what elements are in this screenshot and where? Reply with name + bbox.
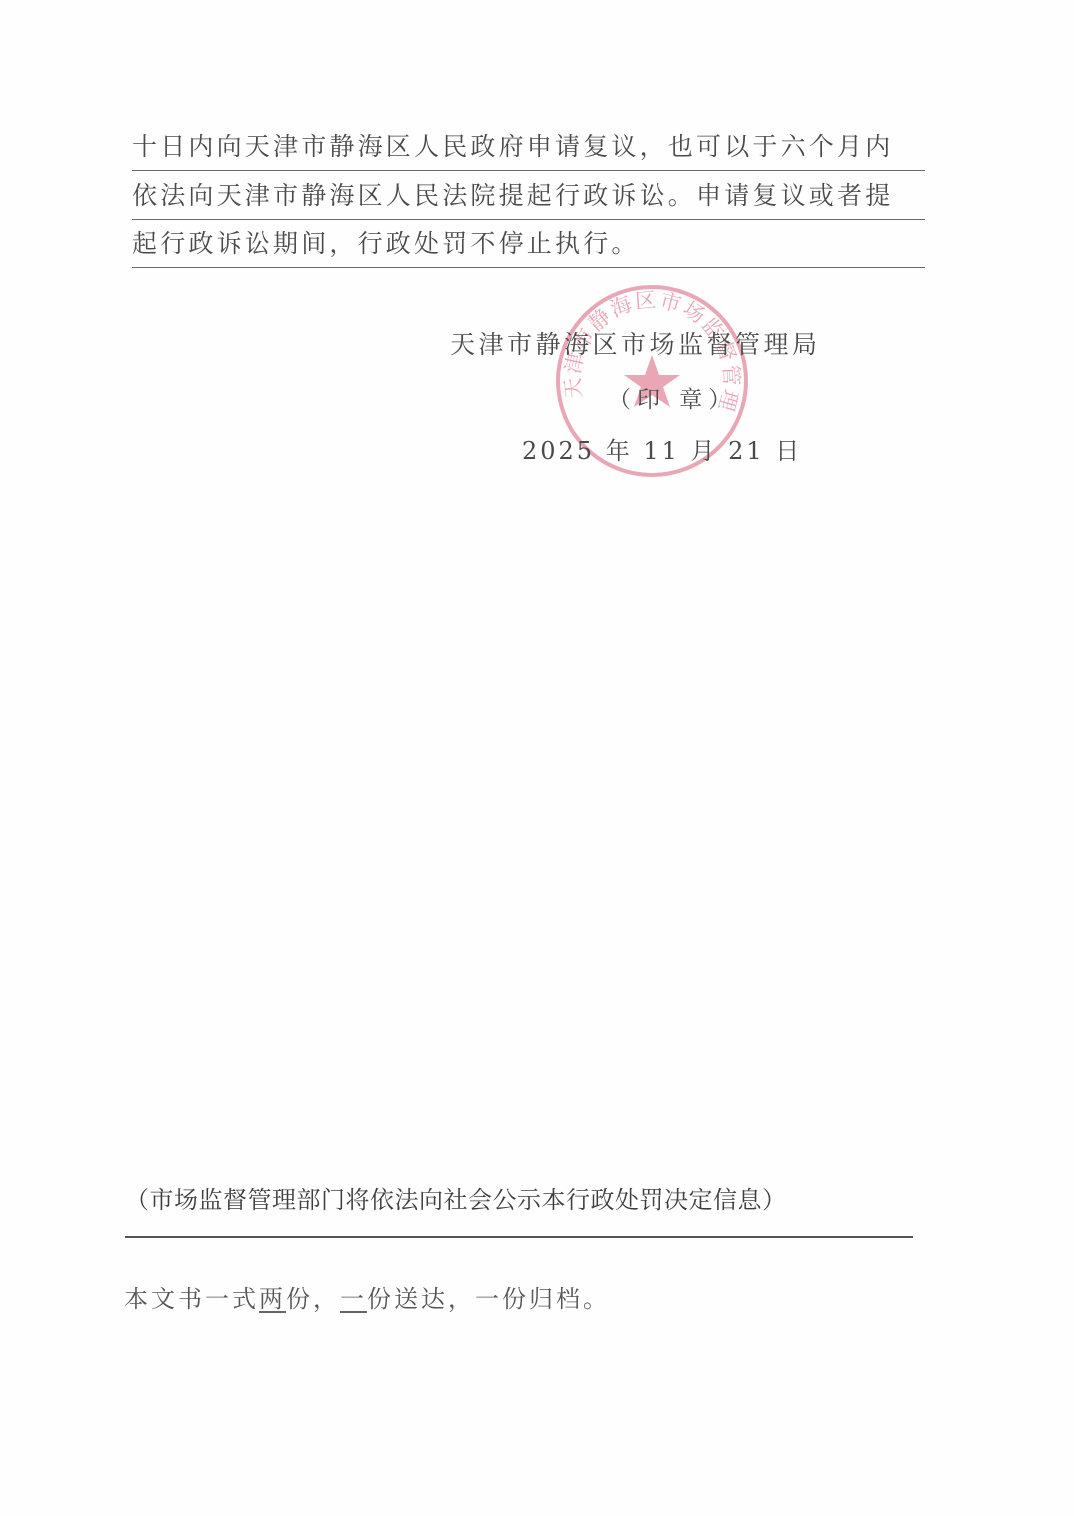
divider-rule (125, 1236, 913, 1238)
publicity-notice: （市场监督管理部门将依法向社会公示本行政处罚决定信息） (125, 1180, 787, 1215)
copies-mid-2: 份送达，一份归档。 (367, 1285, 610, 1313)
seal-label: （印 章） (608, 381, 737, 414)
copies-prefix: 本文书一式 (124, 1285, 259, 1313)
copies-note: 本文书一式两份，一份送达，一份归档。 (124, 1279, 610, 1314)
copies-delivered-count: 一 (340, 1285, 367, 1313)
copies-mid-1: 份， (286, 1285, 340, 1313)
issuing-organization: 天津市静海区市场监督管理局 (450, 325, 821, 361)
issue-date: 2025 年 11 月 21 日 (522, 431, 802, 466)
document-page: 十日内向天津市静海区人民政府申请复议，也可以于六个月内 依法向天津市静海区人民法… (0, 0, 1074, 1516)
copies-count: 两 (259, 1285, 286, 1313)
body-text-line-3: 起行政诉讼期间，行政处罚不停止执行。 (132, 224, 925, 268)
body-text-line-2: 依法向天津市静海区人民法院提起行政诉讼。申请复议或者提 (132, 176, 925, 220)
body-text-line-1: 十日内向天津市静海区人民政府申请复议，也可以于六个月内 (132, 127, 925, 171)
